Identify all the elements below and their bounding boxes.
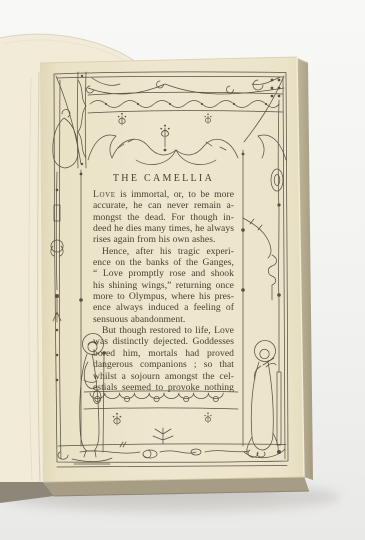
text-line: was distinctly dejected. Goddesses: [93, 336, 234, 347]
text-line: whilst a sojourn amongst the cel-: [93, 371, 234, 382]
text-line: his shining wings,” returning once: [93, 280, 234, 291]
text-line: ence always induced a feeling of: [93, 302, 234, 313]
body-text: Love is immortal, or, to be more accurat…: [93, 189, 234, 393]
text-line: more to Olympus, where his pres-: [93, 291, 234, 302]
chapter-title: THE CAMELLIA: [93, 173, 234, 184]
text-line: rises again from his own ashes.: [93, 234, 234, 245]
page-text-block: THE CAMELLIA Love is immortal, or, to be…: [93, 173, 234, 393]
text-line: Love is immortal, or, to be more: [93, 189, 234, 200]
text-line: sensuous abandonment.: [93, 314, 234, 325]
text-line: bored him, mortals had proved: [93, 348, 234, 359]
text-line: accurate, he can never remain a-: [93, 200, 234, 211]
text-line: dangerous companions ; so that: [93, 359, 234, 370]
text-line: mongst the dead. For though in-: [93, 212, 234, 223]
lead-word: Love: [93, 189, 116, 200]
text-line: estials seemed to provoke nothing: [93, 382, 234, 393]
book-photograph: THE CAMELLIA Love is immortal, or, to be…: [0, 0, 365, 540]
text-line: ence on the banks of the Ganges,: [93, 257, 234, 268]
text-line: deed he dies many times, he always: [93, 223, 234, 234]
text-line: “ Love promptly rose and shook: [93, 268, 234, 279]
text-line: But though restored to life, Love: [93, 325, 234, 336]
text-line: Hence, after his tragic experi-: [93, 246, 234, 257]
